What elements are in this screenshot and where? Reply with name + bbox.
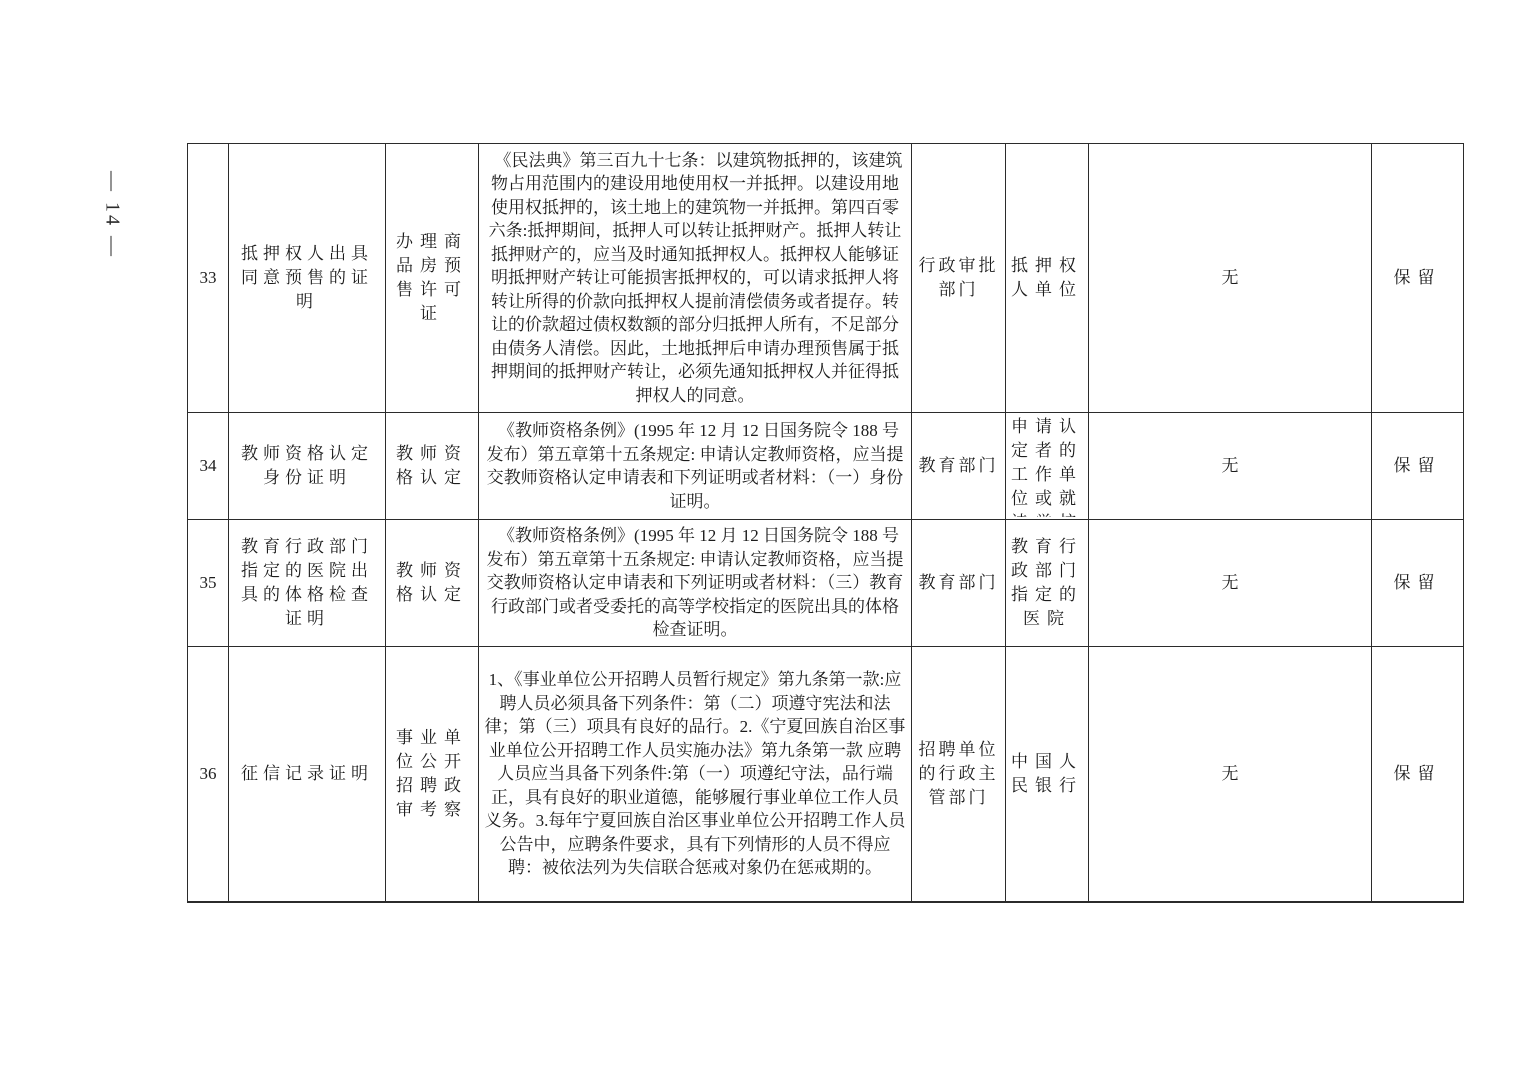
decision-text: 保留 <box>1376 266 1459 290</box>
certificate-name: 教师资格认定身份证明 <box>233 442 381 490</box>
row-number-cell: 36 <box>188 647 229 902</box>
issuing-department-cell: 教育部门 <box>912 520 1006 647</box>
issuing-department: 行政审批部门 <box>916 254 1001 302</box>
table-row: 33 抵押权人出具同意预售的证明 办理商品房预售许可证 《民法典》第三百九十七条… <box>188 144 1464 413</box>
issuing-department: 教育部门 <box>916 571 1001 595</box>
row-number: 35 <box>192 571 224 595</box>
row-number: 34 <box>192 454 224 478</box>
row-number: 33 <box>192 266 224 290</box>
certifying-unit-cell: 抵押权人单位 <box>1006 144 1089 413</box>
issuing-department-cell: 教育部门 <box>912 413 1006 520</box>
certificate-name-cell: 教育行政部门指定的医院出具的体格检查证明 <box>229 520 386 647</box>
decision-cell: 保留 <box>1372 413 1464 520</box>
related-matter: 教师资格认定 <box>390 559 474 607</box>
related-matter: 事业单位公开招聘政审考察 <box>390 726 474 822</box>
related-matter: 办理商品房预售许可证 <box>390 230 474 326</box>
row-number-cell: 33 <box>188 144 229 413</box>
legal-basis-text: 《教师资格条例》(1995 年 12 月 12 日国务院令 188 号发布）第五… <box>483 524 907 642</box>
issuing-department-cell: 行政审批部门 <box>912 144 1006 413</box>
certificate-name-cell: 教师资格认定身份证明 <box>229 413 386 520</box>
decision-cell: 保留 <box>1372 520 1464 647</box>
related-matter-cell: 办理商品房预售许可证 <box>386 144 479 413</box>
certifying-unit-cell: 中国人民银行 <box>1006 647 1089 902</box>
certifying-unit: 中国人民银行 <box>1010 750 1084 798</box>
certifying-unit: 申请认定者的工作单位或就读学校 <box>1010 415 1084 517</box>
certifying-unit: 教育行政部门指定的医院 <box>1010 535 1084 631</box>
alternative-text: 无 <box>1093 571 1367 595</box>
decision-text: 保留 <box>1376 454 1459 478</box>
alternative-text: 无 <box>1093 454 1367 478</box>
legal-basis-text: 《教师资格条例》(1995 年 12 月 12 日国务院令 188 号发布）第五… <box>483 419 907 513</box>
alternative-cell: 无 <box>1089 413 1372 520</box>
certificate-name: 征信记录证明 <box>233 762 381 786</box>
certificates-table: 33 抵押权人出具同意预售的证明 办理商品房预售许可证 《民法典》第三百九十七条… <box>187 143 1464 903</box>
decision-text: 保留 <box>1376 571 1459 595</box>
alternative-cell: 无 <box>1089 144 1372 413</box>
table-row: 36 征信记录证明 事业单位公开招聘政审考察 1、《事业单位公开招聘人员暂行规定… <box>188 647 1464 902</box>
table-row: 35 教育行政部门指定的医院出具的体格检查证明 教师资格认定 《教师资格条例》(… <box>188 520 1464 647</box>
certifying-unit: 抵押权人单位 <box>1010 254 1084 302</box>
certifying-unit-cell: 申请认定者的工作单位或就读学校 <box>1006 413 1089 520</box>
alternative-text: 无 <box>1093 266 1367 290</box>
document-page: — 14 — 33 抵押权人出具同意预售的证明 办理商品房预售许可证 《民法典》… <box>0 0 1520 1075</box>
certificate-name-cell: 抵押权人出具同意预售的证明 <box>229 144 386 413</box>
issuing-department-cell: 招聘单位的行政主管部门 <box>912 647 1006 902</box>
page-number: — 14 — <box>101 171 124 259</box>
decision-cell: 保留 <box>1372 144 1464 413</box>
related-matter-cell: 教师资格认定 <box>386 413 479 520</box>
decision-cell: 保留 <box>1372 647 1464 902</box>
legal-basis-text: 1、《事业单位公开招聘人员暂行规定》第九条第一款:应聘人员必须具备下列条件：第（… <box>483 668 907 880</box>
legal-basis-cell: 《教师资格条例》(1995 年 12 月 12 日国务院令 188 号发布）第五… <box>479 413 912 520</box>
table-row: 34 教师资格认定身份证明 教师资格认定 《教师资格条例》(1995 年 12 … <box>188 413 1464 520</box>
certificate-name-cell: 征信记录证明 <box>229 647 386 902</box>
certifying-unit-cell: 教育行政部门指定的医院 <box>1006 520 1089 647</box>
issuing-department: 教育部门 <box>916 454 1001 478</box>
legal-basis-cell: 《民法典》第三百九十七条：以建筑物抵押的，该建筑物占用范围内的建设用地使用权一并… <box>479 144 912 413</box>
related-matter-cell: 教师资格认定 <box>386 520 479 647</box>
row-number-cell: 34 <box>188 413 229 520</box>
alternative-cell: 无 <box>1089 520 1372 647</box>
related-matter-cell: 事业单位公开招聘政审考察 <box>386 647 479 902</box>
alternative-cell: 无 <box>1089 647 1372 902</box>
legal-basis-cell: 1、《事业单位公开招聘人员暂行规定》第九条第一款:应聘人员必须具备下列条件：第（… <box>479 647 912 902</box>
certificate-name: 抵押权人出具同意预售的证明 <box>233 242 381 314</box>
related-matter: 教师资格认定 <box>390 442 474 490</box>
row-number: 36 <box>192 762 224 786</box>
table-body: 33 抵押权人出具同意预售的证明 办理商品房预售许可证 《民法典》第三百九十七条… <box>188 144 1464 902</box>
issuing-department: 招聘单位的行政主管部门 <box>916 738 1001 810</box>
legal-basis-cell: 《教师资格条例》(1995 年 12 月 12 日国务院令 188 号发布）第五… <box>479 520 912 647</box>
row-number-cell: 35 <box>188 520 229 647</box>
decision-text: 保留 <box>1376 762 1459 786</box>
alternative-text: 无 <box>1093 762 1367 786</box>
legal-basis-text: 《民法典》第三百九十七条：以建筑物抵押的，该建筑物占用范围内的建设用地使用权一并… <box>483 149 907 408</box>
certificate-name: 教育行政部门指定的医院出具的体格检查证明 <box>233 535 381 631</box>
